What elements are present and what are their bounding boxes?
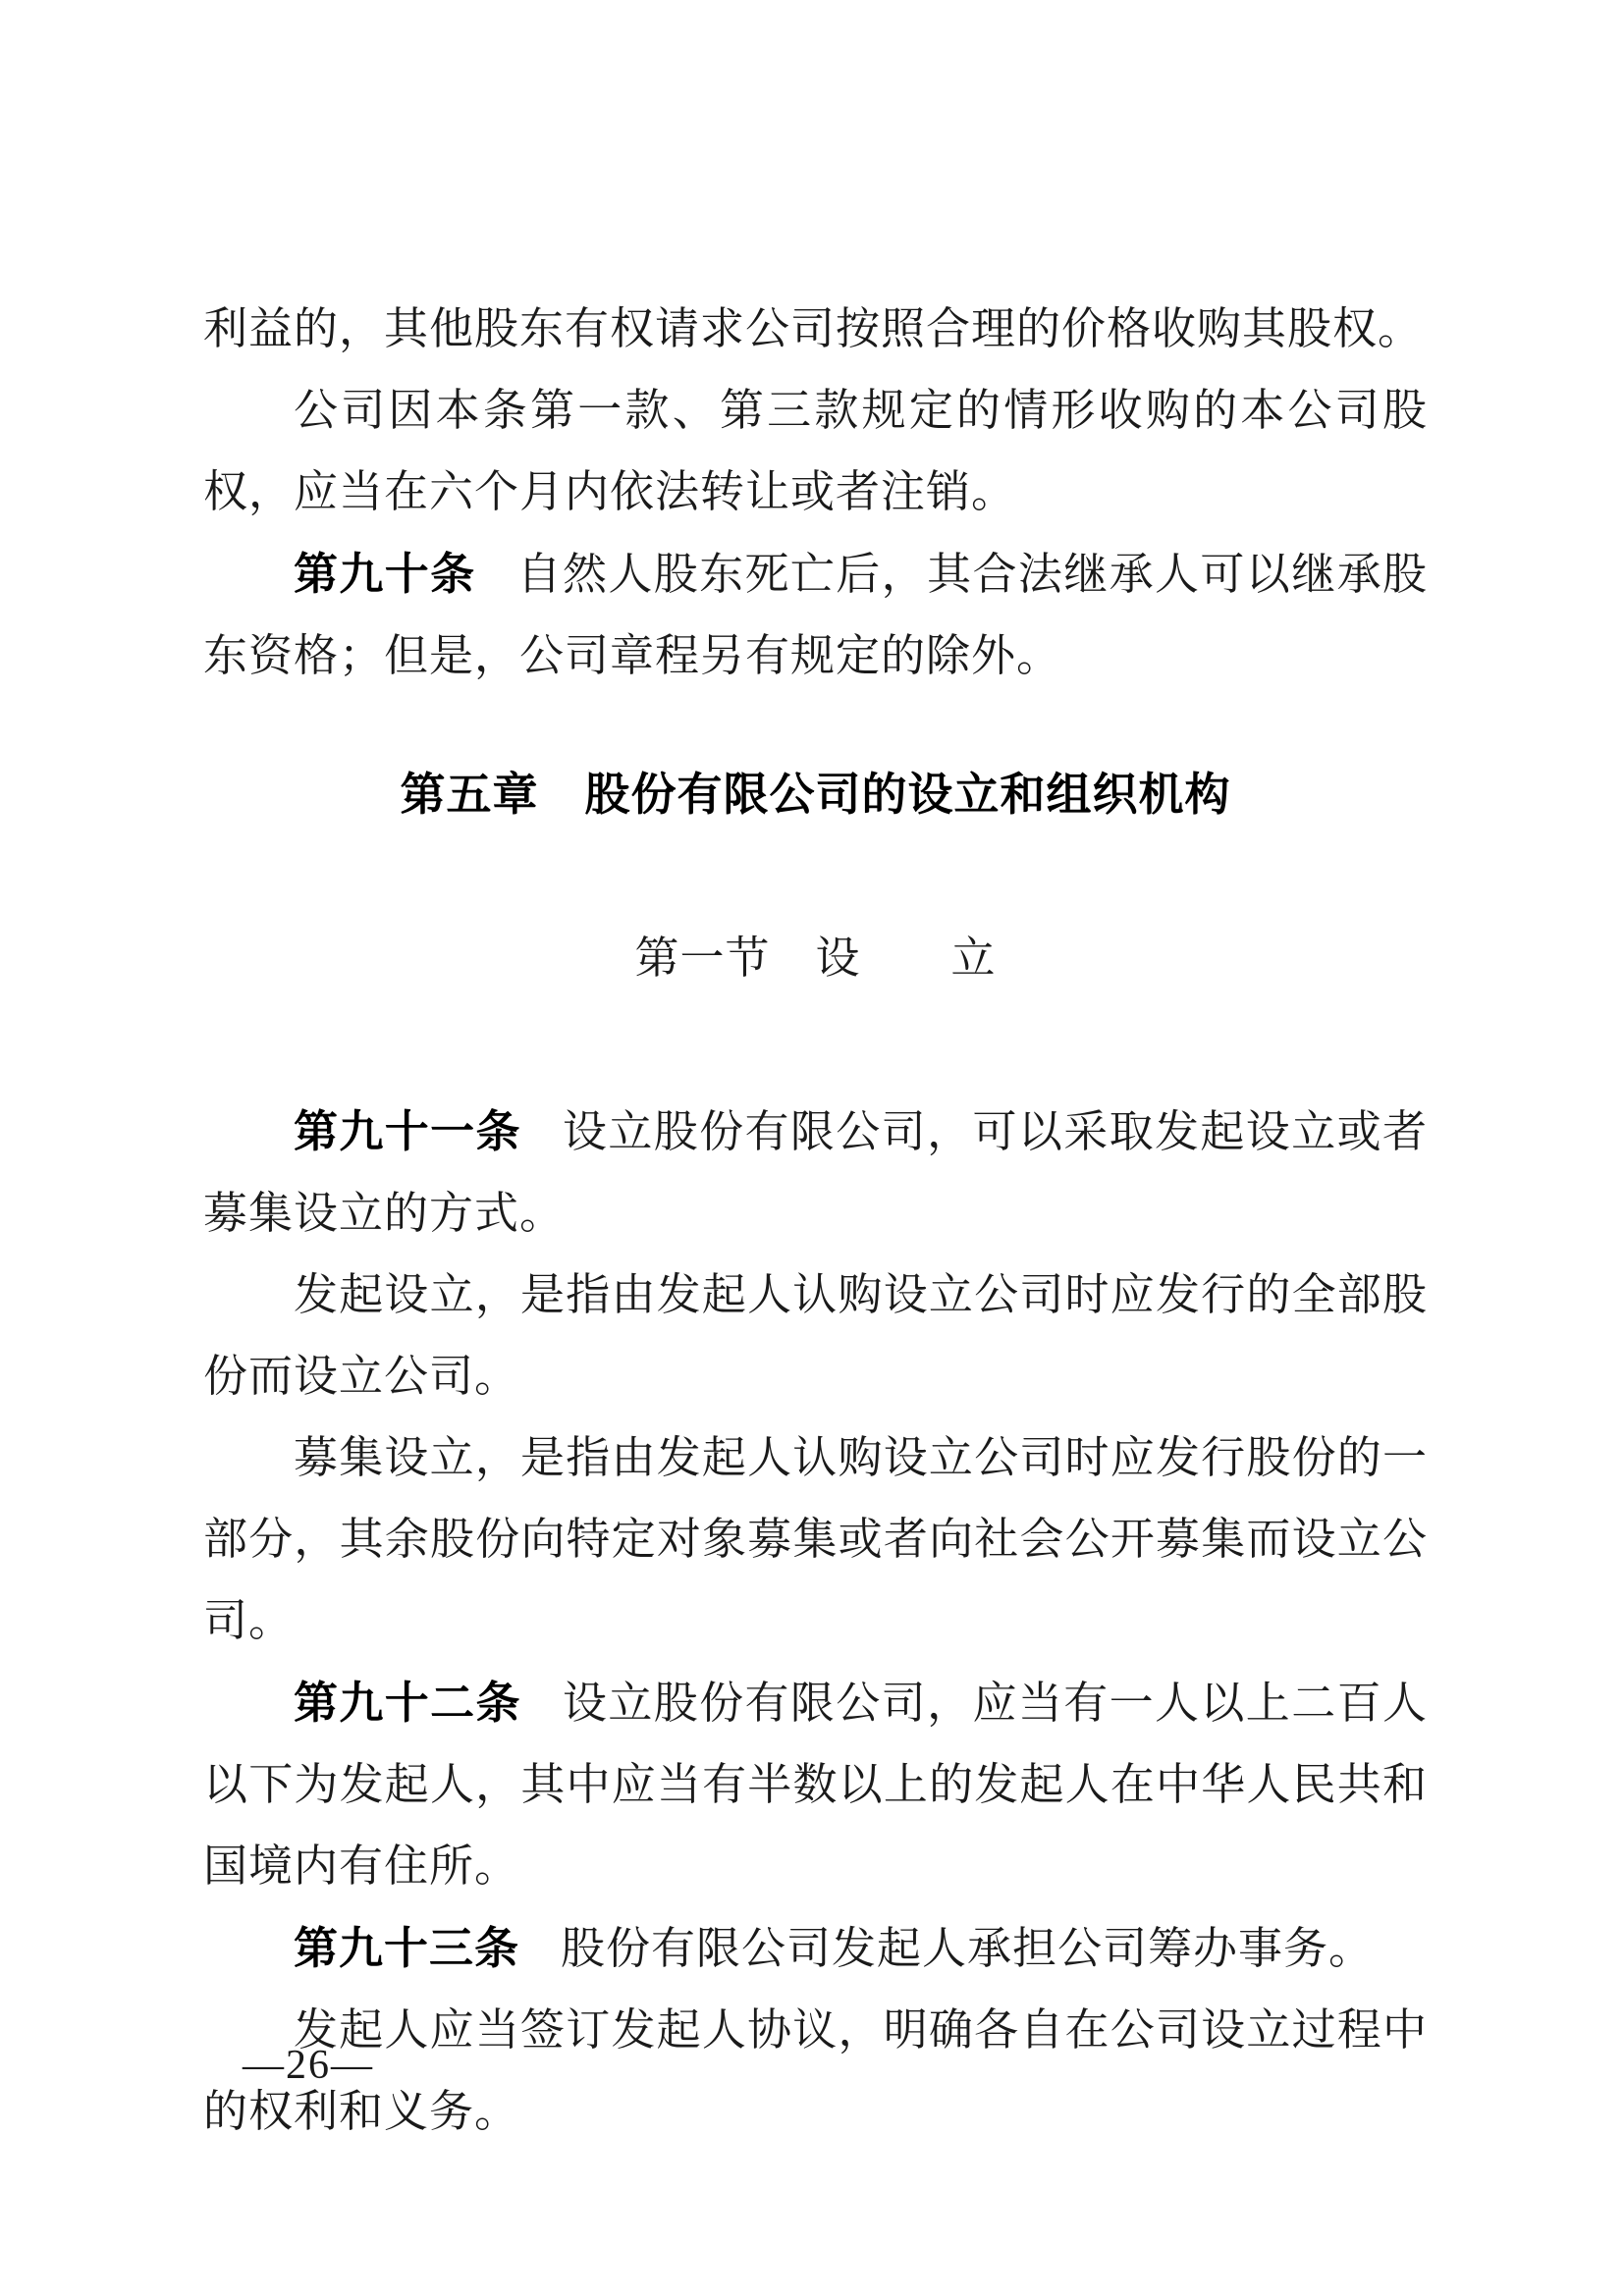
paragraph-text: 股份有限公司发起人承担公司筹办事务。 [561,1924,1374,1973]
paragraph: 第九十一条设立股份有限公司，可以采取发起设立或者募集设立的方式。 [203,1091,1428,1255]
paragraph: 第九十二条设立股份有限公司，应当有一人以上二百人以下为发起人，其中应当有半数以上… [203,1662,1428,1907]
document-body: 利益的，其他股东有权请求公司按照合理的价格收购其股权。 公司因本条第一款、第三款… [203,289,1428,2153]
paragraph-text: 公司因本条第一款、第三款规定的情形收购的本公司股权，应当在六个月内依法转让或者注… [203,386,1428,516]
section-heading: 第一节 设 立 [203,918,1428,999]
page-number: —26— [243,2042,374,2089]
paragraph: 发起设立，是指由发起人认购设立公司时应发行的全部股份而设立公司。 [203,1255,1428,1417]
paragraph-text: 募集设立，是指由发起人认购设立公司时应发行股份的一部分，其余股份向特定对象募集或… [203,1433,1428,1645]
paragraph: 第九十三条股份有限公司发起人承担公司筹办事务。 [203,1907,1428,1990]
paragraph: 第九十条自然人股东死亡后，其合法继承人可以继承股东资格；但是，公司章程另有规定的… [203,533,1428,697]
chapter-heading: 第五章 股份有限公司的设立和组织机构 [203,754,1428,835]
paragraph: 利益的，其他股东有权请求公司按照合理的价格收购其股权。 [203,289,1428,370]
article-number: 第九十条 [294,549,476,599]
paragraph-text: 发起人应当签订发起人协议，明确各自在公司设立过程中的权利和义务。 [203,2005,1428,2136]
article-number: 第九十一条 [294,1106,521,1156]
paragraph-text: 发起设立，是指由发起人认购设立公司时应发行的全部股份而设立公司。 [203,1270,1428,1401]
paragraph-text: 利益的，其他股东有权请求公司按照合理的价格收购其股权。 [203,304,1423,353]
paragraph: 发起人应当签订发起人协议，明确各自在公司设立过程中的权利和义务。 [203,1990,1428,2153]
document-page: 利益的，其他股东有权请求公司按照合理的价格收购其股权。 公司因本条第一款、第三款… [0,0,1624,2296]
paragraph: 公司因本条第一款、第三款规定的情形收购的本公司股权，应当在六个月内依法转让或者注… [203,370,1428,533]
article-number: 第九十二条 [294,1678,521,1728]
article-number: 第九十三条 [294,1923,519,1973]
paragraph: 募集设立，是指由发起人认购设立公司时应发行股份的一部分，其余股份向特定对象募集或… [203,1417,1428,1662]
